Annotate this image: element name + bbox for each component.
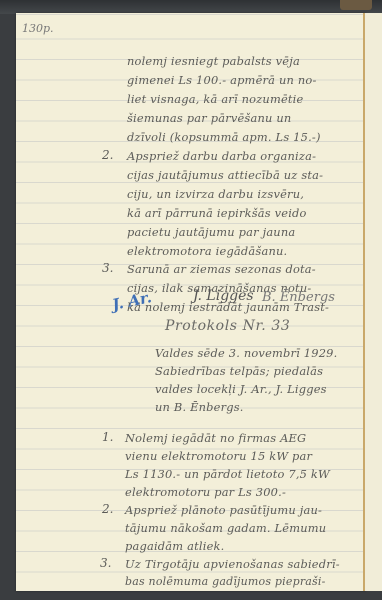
text-line: pacietu jautājumu par jauna — [127, 225, 295, 239]
text-line: tājumu nākošam gadam. Lēmumu — [125, 521, 326, 535]
binding-tab — [340, 0, 372, 10]
item-number: 2. — [102, 502, 113, 516]
protocol-title: Protokols Nr. 33 — [165, 318, 290, 334]
text-line: Uz Tirgotāju apvienošanas sabiedrī- — [125, 557, 340, 571]
text-line: dzīvoli (kopsummā apm. Ls 15.-) — [127, 130, 321, 144]
text-line: šiemunas par pārvēšanu un — [127, 111, 291, 125]
scanner-background — [0, 0, 382, 14]
text-line: bas nolēmuma gadījumos piepraši- — [125, 575, 326, 588]
text-line: Sarunā ar ziemas sezonas dota- — [127, 262, 316, 276]
meeting-header-line: Sabiedrības telpās; piedalās — [155, 364, 323, 378]
item-number: 1. — [102, 430, 113, 444]
text-line: vienu elektromotoru 15 kW par — [125, 449, 312, 463]
adjacent-page-edge — [365, 13, 382, 591]
text-line: gimenei Ls 100.- apmērā un no- — [127, 73, 317, 87]
meeting-header-line: un B. Ēnbergs. — [155, 400, 244, 414]
signature-2: J. Ligges — [193, 288, 254, 304]
meeting-header-line: valdes locekļi J. Ar., J. Ligges — [155, 382, 327, 396]
text-line: ciju, un izvirza darbu izsvēru, — [127, 187, 304, 201]
text-line: kā arī pārrunā iepirkšās veido — [127, 206, 307, 220]
text-line: nolemj iesniegt pabalsts vēja — [127, 54, 300, 68]
text-line: liet visnaga, kā arī nozumētie — [127, 92, 303, 106]
signature-3: B. Ēnbergs — [262, 290, 335, 305]
text-line: elektromotora iegādāšanu. — [127, 244, 287, 258]
text-line: Nolemj iegādāt no firmas AEG — [125, 431, 306, 445]
item-number: 2. — [102, 148, 113, 162]
meeting-header-line: Valdes sēde 3. novembrī 1929. — [155, 346, 337, 360]
item-number: 3. — [102, 261, 113, 275]
folio-number: 130p. — [22, 22, 54, 35]
item-number: 3. — [100, 556, 111, 570]
text-line: cijas jautājumus attiecībā uz sta- — [127, 168, 323, 182]
text-line: Apspriež plānoto pasūtījumu jau- — [125, 503, 322, 517]
text-line: pagaidām atliek. — [125, 539, 224, 553]
text-line: Apspriež darbu darba organiza- — [127, 149, 316, 163]
text-line: Ls 1130.- un pārdot lietoto 7,5 kW — [125, 467, 330, 481]
text-line: elektromotoru par Ls 300.- — [125, 485, 286, 499]
